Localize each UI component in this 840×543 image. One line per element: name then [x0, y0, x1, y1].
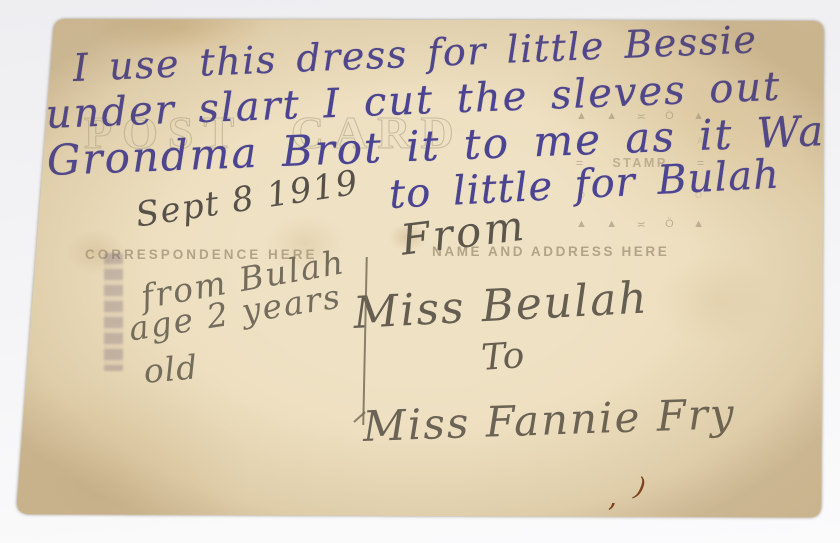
triangle-icon: ▲: [693, 218, 704, 231]
caption-note-line-3: old: [142, 347, 200, 391]
postcard-scan: POST CARD CORRESPONDENCE HERE NAME AND A…: [0, 0, 840, 543]
embossed-vertical-stamp: [104, 253, 123, 371]
sender-name: Miss Beulah: [352, 273, 650, 339]
stray-ink-mark: ,: [608, 480, 617, 513]
postcard-card-wrap: POST CARD CORRESPONDENCE HERE NAME AND A…: [0, 0, 840, 543]
triangle-icon: ▲: [606, 218, 617, 231]
stray-ink-mark: ): [632, 472, 648, 503]
triangle-icon: ▲: [576, 218, 587, 231]
to-label: To: [480, 335, 526, 379]
ornament-glyph: ≍: [637, 218, 646, 231]
ornament-glyph: Ö: [665, 218, 674, 231]
stamp-box-bottom-ornament-row: ▲ ▲ ≍ Ö ▲: [576, 218, 704, 231]
recipient-name: Miss Fannie Fry: [362, 389, 736, 451]
address-divider-line: [362, 257, 367, 425]
postcard-back: POST CARD CORRESPONDENCE HERE NAME AND A…: [0, 0, 840, 543]
